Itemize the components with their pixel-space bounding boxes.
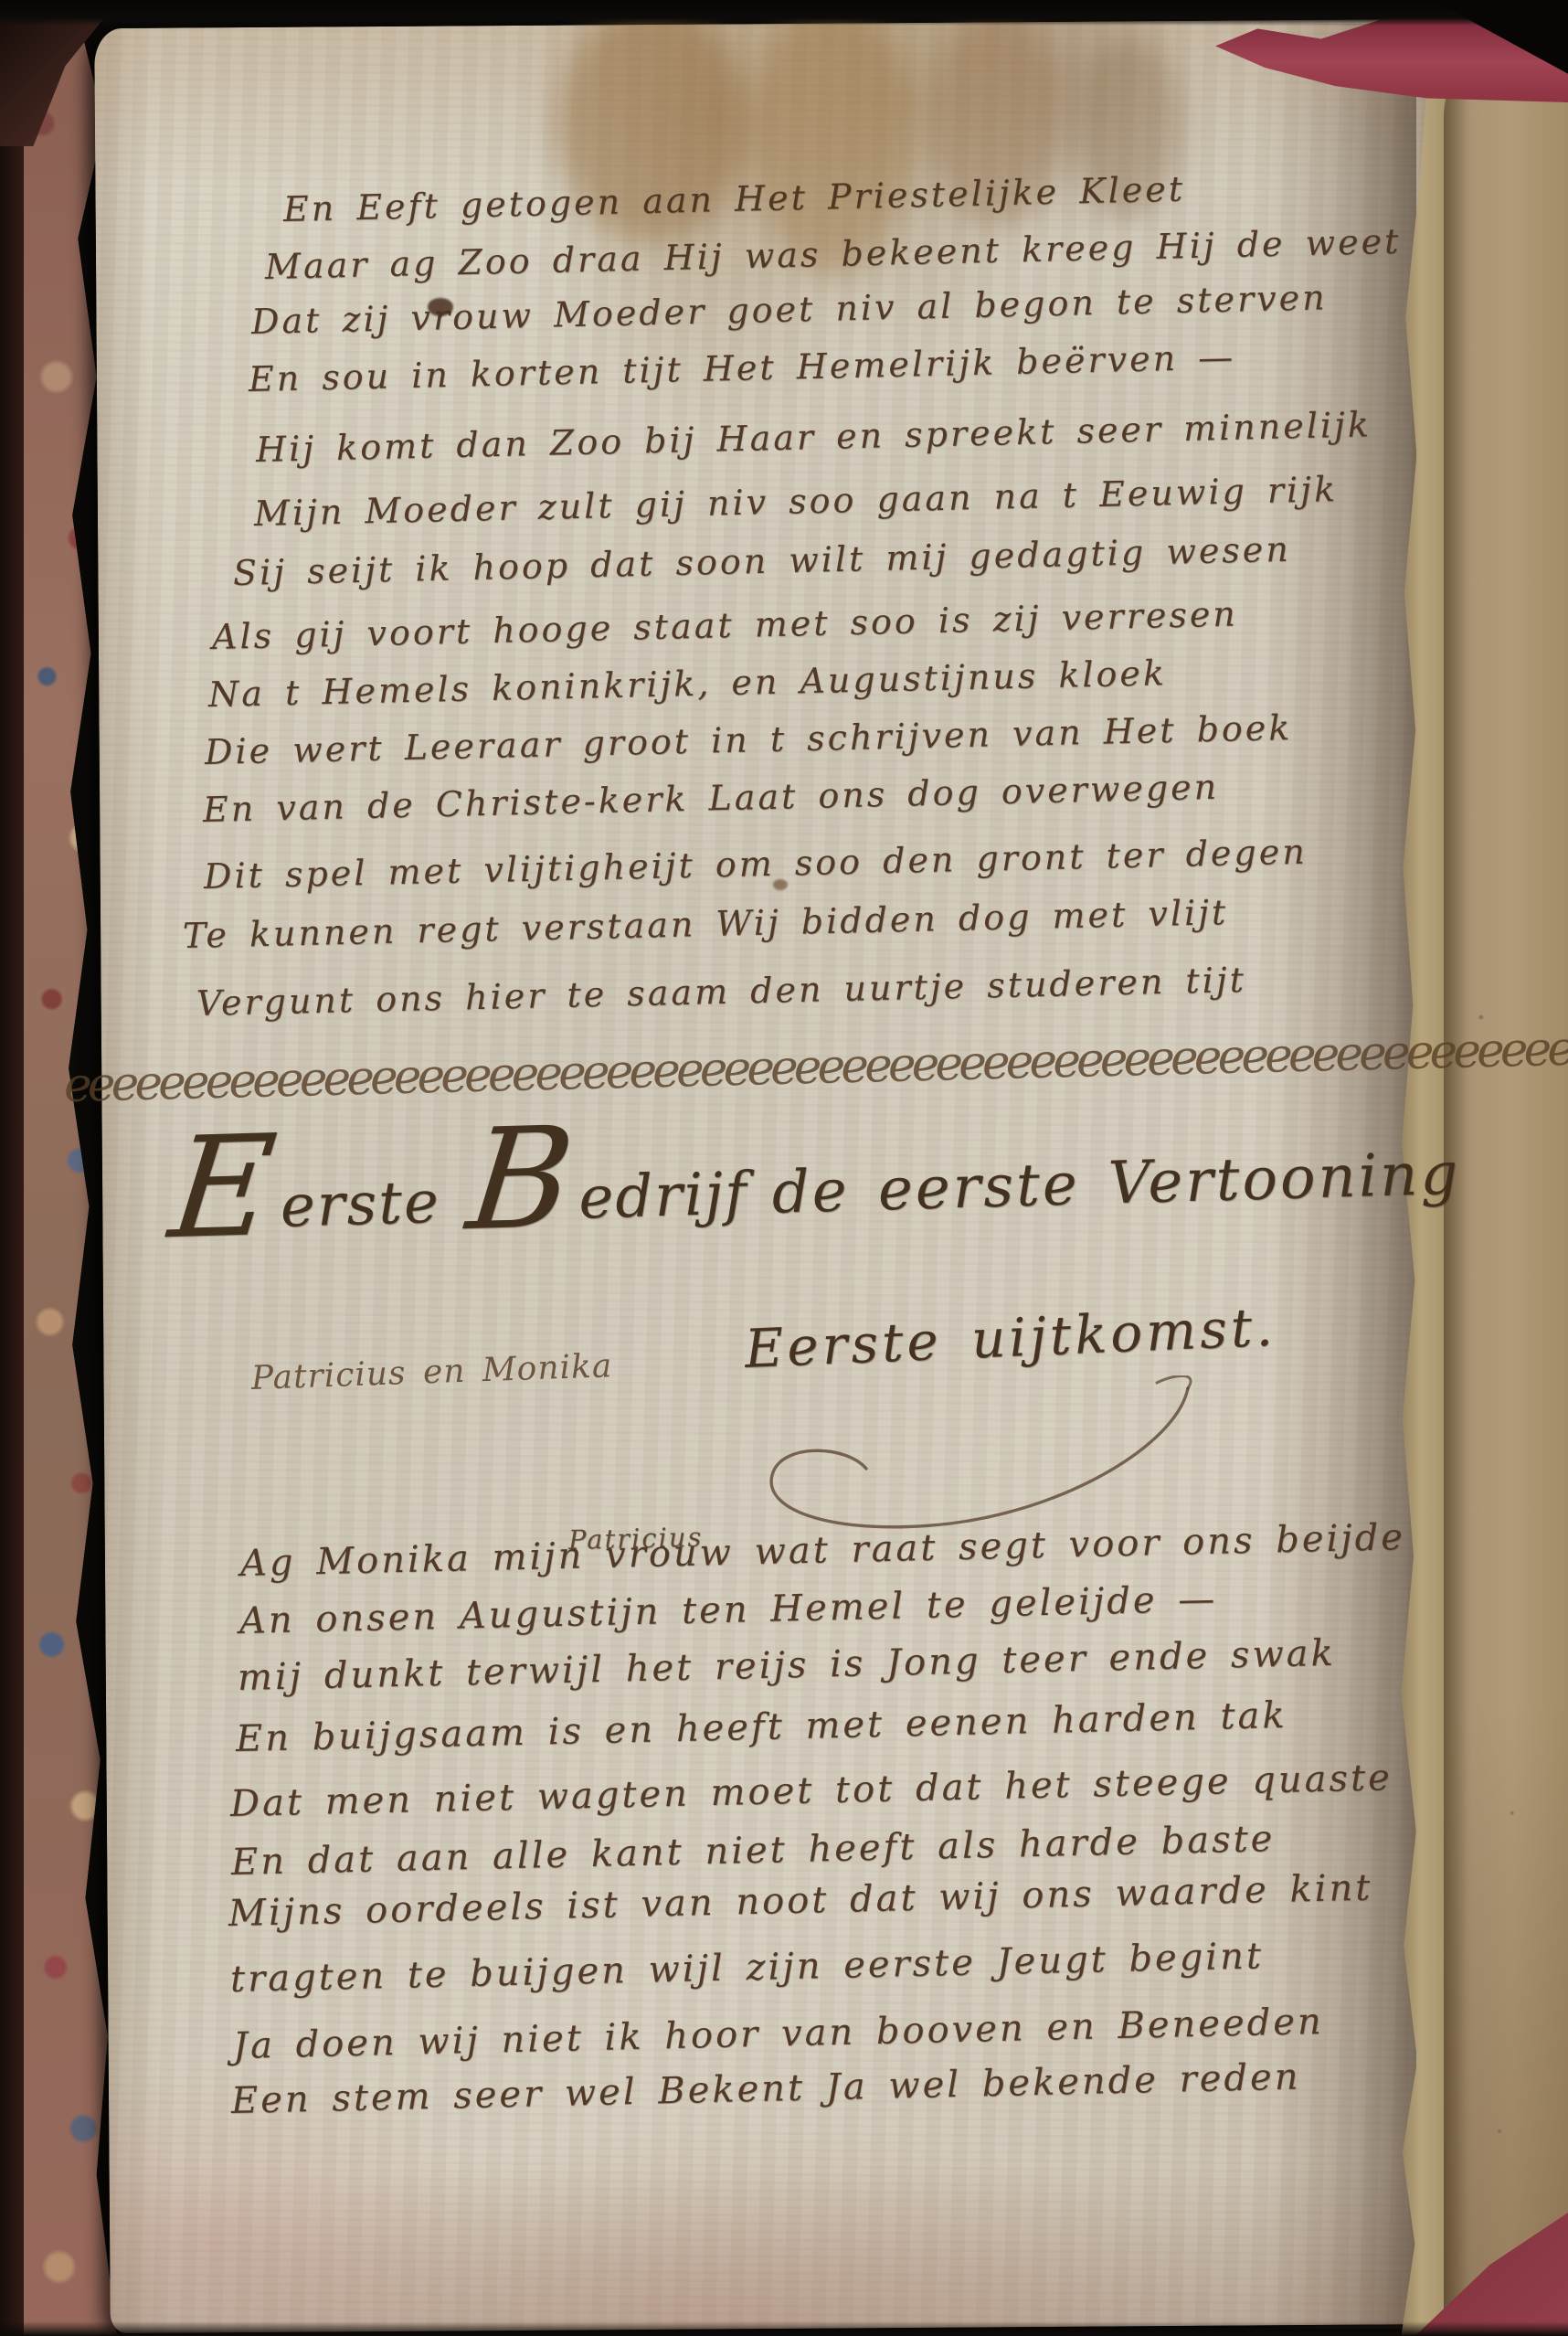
next-leaf-edge [1444, 62, 1568, 2336]
ornate-initial: E [172, 1186, 273, 1189]
ornate-initial: B [470, 1178, 572, 1181]
photo-background [0, 2321, 1568, 2336]
heading-word: erste [280, 1169, 441, 1241]
manuscript-photo: En Eeft getogen aan Het Priestelijke Kle… [0, 0, 1568, 2336]
heading-word: edrijf [577, 1160, 748, 1232]
photo-background [0, 0, 1568, 26]
